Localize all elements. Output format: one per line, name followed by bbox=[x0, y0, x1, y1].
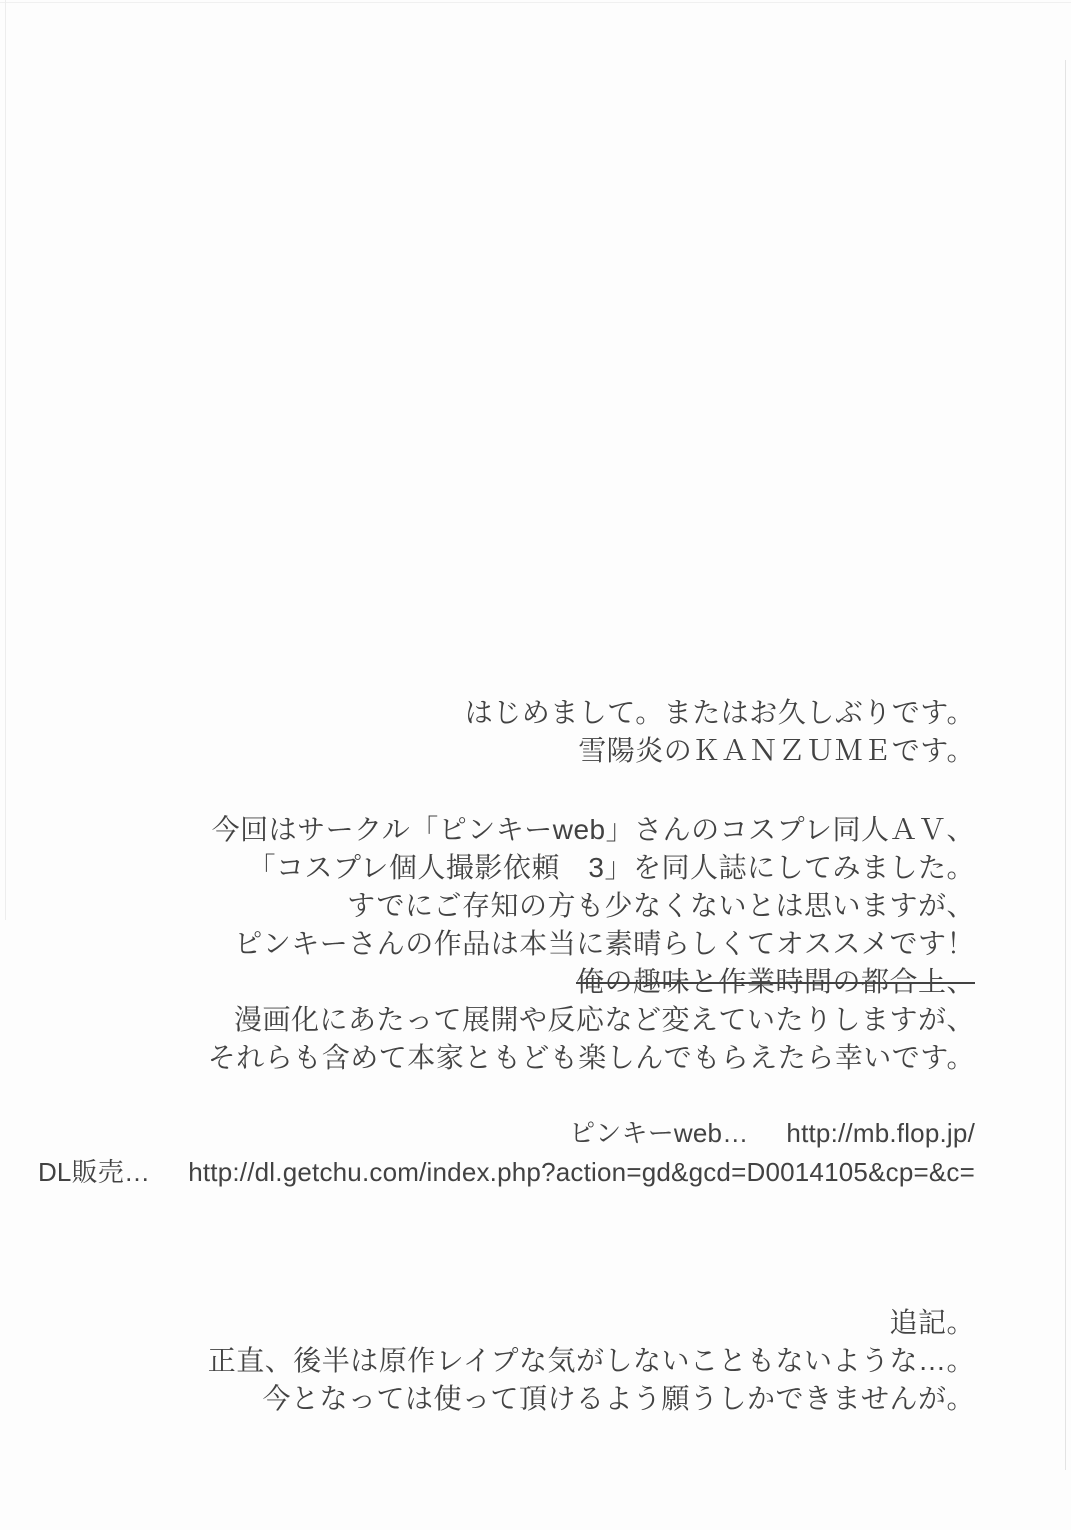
link-line: DL販売…http://dl.getchu.com/index.php?acti… bbox=[38, 1153, 975, 1192]
struck-text: 俺の趣味と作業時間の都合上、 bbox=[576, 966, 975, 997]
body-line: 漫画化にあたって展開や反応など変えていたりしますが、 bbox=[208, 1001, 975, 1039]
link-url: http://dl.getchu.com/index.php?action=gd… bbox=[188, 1157, 975, 1187]
postscript-line: 追記。 bbox=[208, 1304, 975, 1342]
link-line: ピンキーweb…http://mb.flop.jp/ bbox=[38, 1114, 975, 1153]
body-line: 「コスプレ個人撮影依頼 3」を同人誌にしてみました。 bbox=[208, 849, 975, 887]
link-label: ピンキーweb… bbox=[569, 1118, 748, 1148]
greeting-block: はじめまして。またはお久しぶりです。 雪陽炎のＫＡＮＺＵＭＥです。 bbox=[465, 694, 975, 770]
postscript-line: 今となっては使って頂けるよう願うしかできませんが。 bbox=[208, 1380, 975, 1418]
body-block: 今回はサークル「ピンキーweb」さんのコスプレ同人ＡＶ、 「コスプレ個人撮影依頼… bbox=[208, 811, 975, 1077]
scan-artifact-right-edge bbox=[1065, 60, 1066, 1470]
body-line-struck: 俺の趣味と作業時間の都合上、 bbox=[208, 963, 975, 1001]
scanned-page: はじめまして。またはお久しぶりです。 雪陽炎のＫＡＮＺＵＭＥです。 今回はサーク… bbox=[0, 0, 1071, 1530]
body-line: それらも含めて本家ともども楽しんでもらえたら幸いです。 bbox=[208, 1039, 975, 1077]
greeting-line: はじめまして。またはお久しぶりです。 bbox=[465, 694, 975, 732]
link-label: DL販売… bbox=[38, 1157, 150, 1187]
links-block: ピンキーweb…http://mb.flop.jp/ DL販売…http://d… bbox=[38, 1114, 975, 1192]
postscript-line: 正直、後半は原作レイプな気がしないこともないような…。 bbox=[208, 1342, 975, 1380]
postscript-block: 追記。 正直、後半は原作レイプな気がしないこともないような…。 今となっては使っ… bbox=[208, 1304, 975, 1418]
body-line: すでにご存知の方も少なくないとは思いますが、 bbox=[208, 887, 975, 925]
body-line: 今回はサークル「ピンキーweb」さんのコスプレ同人ＡＶ、 bbox=[208, 811, 975, 849]
scan-artifact-top-edge bbox=[0, 2, 1071, 3]
scan-artifact-left-edge bbox=[5, 0, 6, 920]
greeting-line: 雪陽炎のＫＡＮＺＵＭＥです。 bbox=[465, 732, 975, 770]
body-line: ピンキーさんの作品は本当に素晴らしくてオススメです！ bbox=[208, 925, 975, 963]
link-url: http://mb.flop.jp/ bbox=[786, 1118, 975, 1148]
